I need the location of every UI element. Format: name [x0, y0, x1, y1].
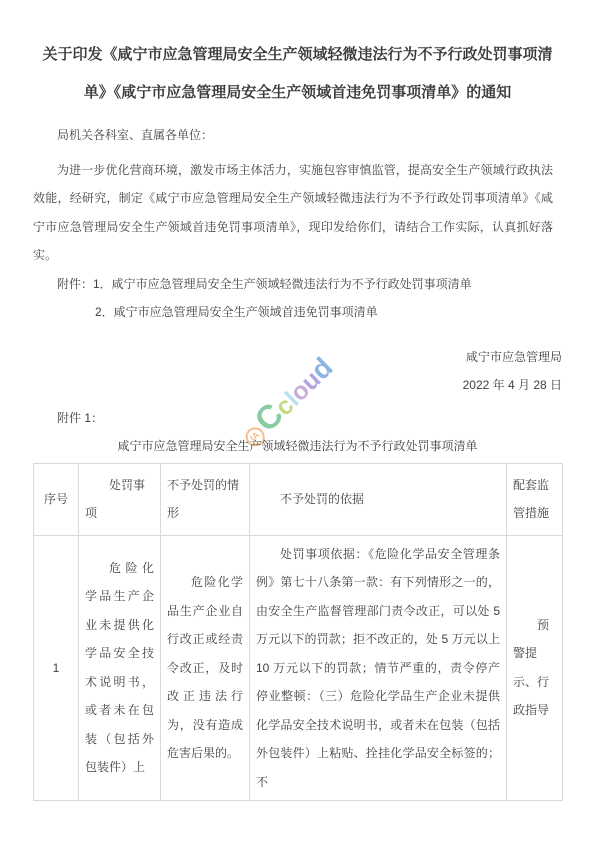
cell-supporting-supervision: 预警提示、行政指导 [507, 535, 563, 801]
issuing-authority: 咸宁市应急管理局 [33, 343, 562, 372]
cell-non-penalty-basis: 处罚事项依据：《危险化学品安全管理条例》第七十八条第一款：有下列情形之一的，由安… [250, 535, 507, 801]
salutation-line: 局机关各科室、直属各单位： [33, 121, 562, 150]
issue-date: 2022 年 4 月 28 日 [33, 371, 562, 400]
table-header-row: 序号 处罚事项 不予处罚的情形 不予处罚的依据 配套监管措施 [34, 463, 563, 535]
header-supporting-supervision: 配套监管措施 [507, 463, 563, 535]
cell-non-penalty-circumstance: 危险化学品生产企业自行改正或经责令改正，及时改正违法行为，没有造成危害后果的。 [161, 535, 250, 801]
attachment-list-item-2: 2．咸宁市应急管理局安全生产领域首违免罚事项清单 [33, 298, 562, 327]
header-non-penalty-basis: 不予处罚的依据 [250, 463, 507, 535]
attachment-list-item-1: 附件：1．咸宁市应急管理局安全生产领域轻微违法行为不予行政处罚事项清单 [33, 270, 562, 299]
table-row: 1 危险化学品生产企业未提供化学品安全技术说明书，或者未在包装（包括外包装件）上… [34, 535, 563, 801]
notice-title: 关于印发《咸宁市应急管理局安全生产领域轻微违法行为不予行政处罚事项清单》《咸宁市… [39, 0, 556, 112]
document-page: IA C c l o u d 关于印发《咸宁市应急管理局安全生产领域轻微违法行为… [0, 0, 595, 841]
appendix-label: 附件 1： [33, 404, 562, 433]
cell-penalty-item: 危险化学品生产企业未提供化学品安全技术说明书，或者未在包装（包括外包装件）上 [79, 535, 161, 801]
header-penalty-item: 处罚事项 [79, 463, 161, 535]
penalty-exemption-table: 序号 处罚事项 不予处罚的情形 不予处罚的依据 配套监管措施 1 危险化学品生产… [33, 463, 563, 802]
header-non-penalty-circumstance: 不予处罚的情形 [161, 463, 250, 535]
cell-seq-no: 1 [34, 535, 79, 801]
appendix-table-title: 咸宁市应急管理局安全生产领域轻微违法行为不予行政处罚事项清单 [33, 432, 562, 461]
notice-body-paragraph: 为进一步优化营商环境，激发市场主体活力，实施包容审慎监管，提高安全生产领域行政执… [33, 156, 553, 270]
header-seq-no: 序号 [34, 463, 79, 535]
